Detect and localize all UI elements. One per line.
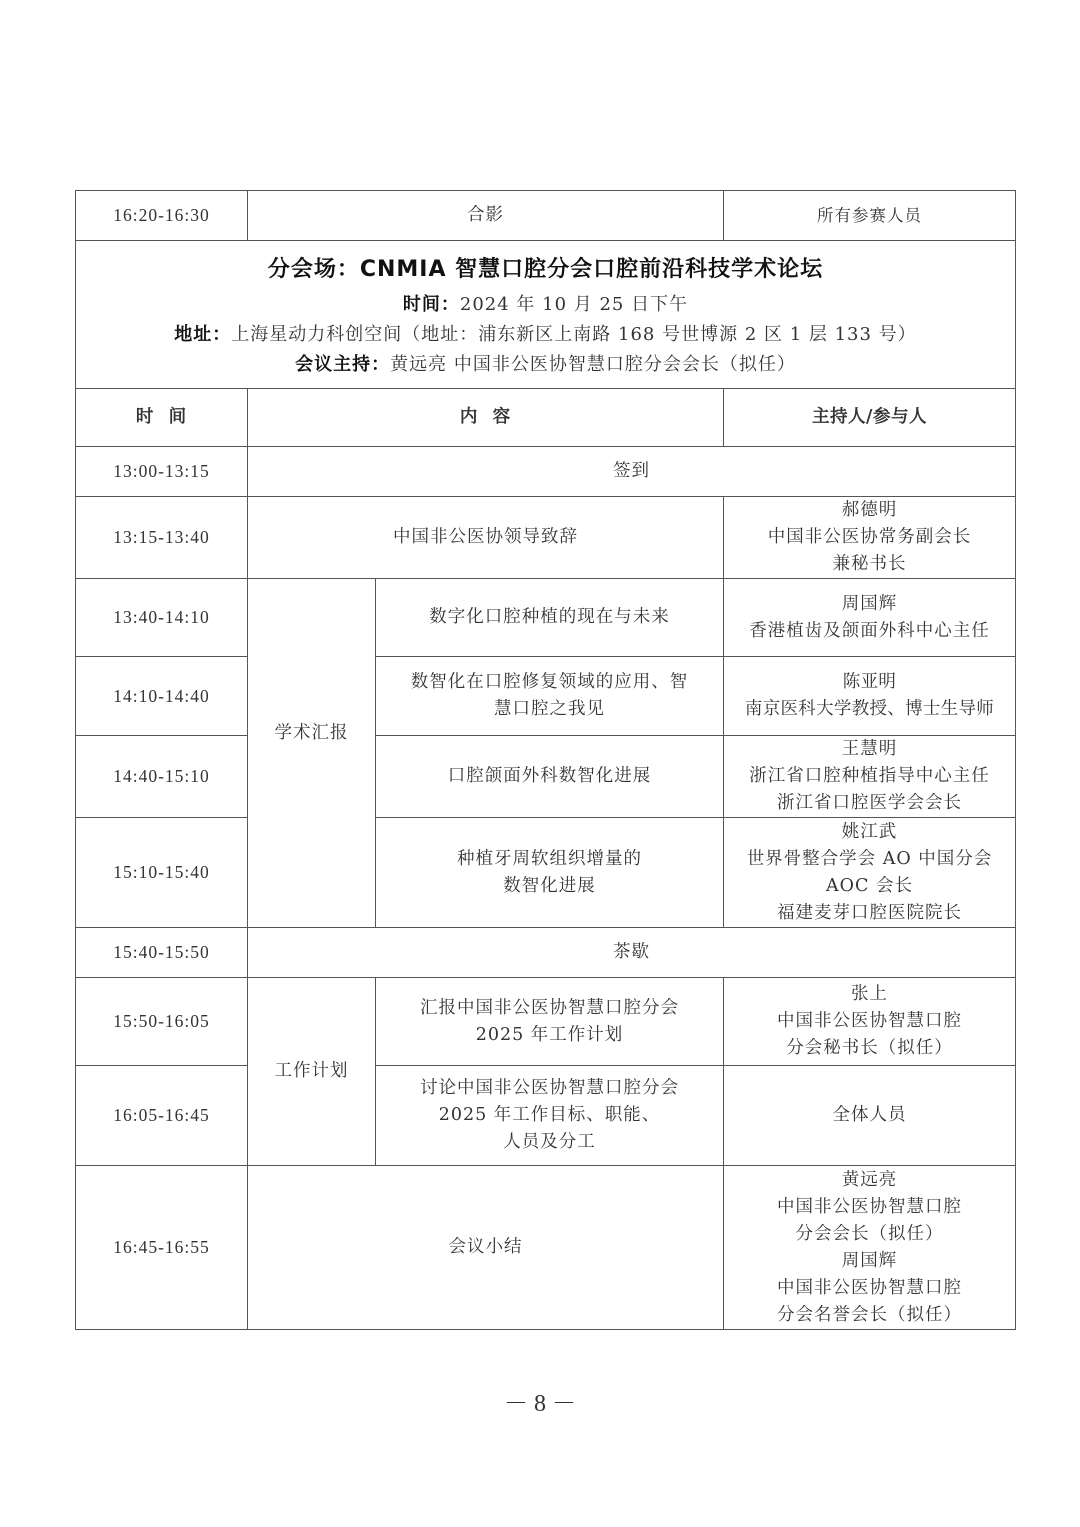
table-row: 15:50-16:05 工作计划 汇报中国非公医协智慧口腔分会 2025 年工作…	[76, 978, 1016, 1066]
table-row: 13:15-13:40 中国非公医协领导致辞 郝德明 中国非公医协常务副会长 兼…	[76, 497, 1016, 579]
host-line: 南京医科大学教授、博士生导师	[725, 696, 1014, 723]
content-cell: 签到	[248, 447, 1016, 497]
header-time: 时 间	[76, 389, 248, 447]
host-line: 分会会长（拟任）	[728, 1221, 1011, 1248]
content-cell: 中国非公医协领导致辞	[248, 497, 724, 579]
section-host: 会议主持：黄远亮 中国非公医协智慧口腔分会会长（拟任）	[80, 350, 1011, 380]
table-row: 13:40-14:10 学术汇报 数字化口腔种植的现在与未来 周国辉 香港植齿及…	[76, 579, 1016, 657]
time-cell: 15:10-15:40	[76, 818, 248, 928]
host-line: 全体人员	[728, 1102, 1011, 1129]
section-title: 分会场：CNMIA 智慧口腔分会口腔前沿科技学术论坛	[80, 250, 1011, 290]
time-value: 2024 年 10 月 25 日下午	[460, 294, 688, 315]
host-line: 兼秘书长	[728, 551, 1011, 578]
host-cell: 郝德明 中国非公医协常务副会长 兼秘书长	[724, 497, 1016, 579]
time-cell: 13:00-13:15	[76, 447, 248, 497]
content-line: 数智化进展	[380, 873, 719, 900]
table-row: 14:40-15:10 口腔颌面外科数智化进展 王慧明 浙江省口腔种植指导中心主…	[76, 736, 1016, 818]
section-address: 地址：上海星动力科创空间（地址：浦东新区上南路 168 号世博源 2 区 1 层…	[80, 320, 1011, 350]
time-cell: 16:05-16:45	[76, 1066, 248, 1166]
host-line: 姚江武	[728, 819, 1011, 846]
address-value: 上海星动力科创空间（地址：浦东新区上南路 168 号世博源 2 区 1 层 13…	[231, 324, 916, 345]
host-line: 张上	[728, 981, 1011, 1008]
host-cell: 黄远亮 中国非公医协智慧口腔 分会会长（拟任） 周国辉 中国非公医协智慧口腔 分…	[724, 1166, 1016, 1330]
host-line: 郝德明	[728, 497, 1011, 524]
host-cell: 所有参赛人员	[724, 191, 1016, 241]
content-cell: 种植牙周软组织增量的 数智化进展	[376, 818, 724, 928]
content-cell: 讨论中国非公医协智慧口腔分会 2025 年工作目标、职能、 人员及分工	[376, 1066, 724, 1166]
host-line: AOC 会长	[728, 873, 1011, 900]
host-line: 周国辉	[728, 1248, 1011, 1275]
content-cell: 数智化在口腔修复领域的应用、智 慧口腔之我见	[376, 657, 724, 736]
host-line: 福建麦芽口腔医院院长	[728, 900, 1011, 927]
host-line: 中国非公医协智慧口腔	[728, 1275, 1011, 1302]
content-cell: 数字化口腔种植的现在与未来	[376, 579, 724, 657]
content-line: 种植牙周软组织增量的	[380, 846, 719, 873]
host-cell: 陈亚明 南京医科大学教授、博士生导师	[724, 657, 1016, 736]
time-cell: 14:40-15:10	[76, 736, 248, 818]
host-cell: 姚江武 世界骨整合学会 AO 中国分会 AOC 会长 福建麦芽口腔医院院长	[724, 818, 1016, 928]
content-line: 汇报中国非公医协智慧口腔分会	[380, 995, 719, 1022]
group-cell-academic: 学术汇报	[248, 579, 376, 928]
section-time: 时间：2024 年 10 月 25 日下午	[80, 290, 1011, 320]
host-line: 黄远亮	[728, 1167, 1011, 1194]
host-cell: 王慧明 浙江省口腔种植指导中心主任 浙江省口腔医学会会长	[724, 736, 1016, 818]
time-cell: 16:45-16:55	[76, 1166, 248, 1330]
content-cell: 合影	[248, 191, 724, 241]
content-cell: 茶歇	[248, 928, 1016, 978]
table-row: 14:10-14:40 数智化在口腔修复领域的应用、智 慧口腔之我见 陈亚明 南…	[76, 657, 1016, 736]
schedule-table: 16:20-16:30 合影 所有参赛人员 分会场：CNMIA 智慧口腔分会口腔…	[75, 190, 1016, 1330]
host-line: 中国非公医协常务副会长	[728, 524, 1011, 551]
time-cell: 14:10-14:40	[76, 657, 248, 736]
header-content: 内 容	[248, 389, 724, 447]
time-cell: 15:50-16:05	[76, 978, 248, 1066]
table-row: 16:20-16:30 合影 所有参赛人员	[76, 191, 1016, 241]
page-number: － 8 －	[0, 1383, 1080, 1418]
host-line: 王慧明	[728, 736, 1011, 763]
table-row: 16:45-16:55 会议小结 黄远亮 中国非公医协智慧口腔 分会会长（拟任）…	[76, 1166, 1016, 1330]
content-line: 慧口腔之我见	[380, 696, 719, 723]
host-line: 分会秘书长（拟任）	[728, 1035, 1011, 1062]
content-cell: 口腔颌面外科数智化进展	[376, 736, 724, 818]
host-line: 浙江省口腔医学会会长	[728, 790, 1011, 817]
host-cell: 周国辉 香港植齿及颌面外科中心主任	[724, 579, 1016, 657]
content-line: 人员及分工	[380, 1129, 719, 1156]
content-line: 口腔颌面外科数智化进展	[380, 763, 719, 790]
content-line: 2025 年工作目标、职能、	[380, 1102, 719, 1129]
section-header: 分会场：CNMIA 智慧口腔分会口腔前沿科技学术论坛 时间：2024 年 10 …	[76, 241, 1016, 389]
table-row: 13:00-13:15 签到	[76, 447, 1016, 497]
time-cell: 15:40-15:50	[76, 928, 248, 978]
document-page: 16:20-16:30 合影 所有参赛人员 分会场：CNMIA 智慧口腔分会口腔…	[0, 0, 1080, 1527]
host-line: 中国非公医协智慧口腔	[728, 1008, 1011, 1035]
host-value: 黄远亮 中国非公医协智慧口腔分会会长（拟任）	[390, 354, 796, 375]
table-row: 15:10-15:40 种植牙周软组织增量的 数智化进展 姚江武 世界骨整合学会…	[76, 818, 1016, 928]
content-cell: 汇报中国非公医协智慧口腔分会 2025 年工作计划	[376, 978, 724, 1066]
table-row: 15:40-15:50 茶歇	[76, 928, 1016, 978]
content-line: 数字化口腔种植的现在与未来	[380, 604, 719, 631]
host-line: 香港植齿及颌面外科中心主任	[728, 618, 1011, 645]
time-cell: 13:40-14:10	[76, 579, 248, 657]
time-label: 时间：	[403, 294, 460, 315]
host-label: 会议主持：	[295, 354, 390, 375]
section-header-row: 分会场：CNMIA 智慧口腔分会口腔前沿科技学术论坛 时间：2024 年 10 …	[76, 241, 1016, 389]
address-label: 地址：	[174, 324, 231, 345]
host-line: 世界骨整合学会 AO 中国分会	[728, 846, 1011, 873]
time-cell: 13:15-13:40	[76, 497, 248, 579]
host-line: 周国辉	[728, 591, 1011, 618]
content-line: 2025 年工作计划	[380, 1022, 719, 1049]
host-cell: 全体人员	[724, 1066, 1016, 1166]
host-line: 陈亚明	[725, 669, 1014, 696]
content-line: 数智化在口腔修复领域的应用、智	[380, 669, 719, 696]
host-line: 浙江省口腔种植指导中心主任	[728, 763, 1011, 790]
header-row: 时 间 内 容 主持人/参与人	[76, 389, 1016, 447]
content-cell: 会议小结	[248, 1166, 724, 1330]
time-cell: 16:20-16:30	[76, 191, 248, 241]
header-host: 主持人/参与人	[724, 389, 1016, 447]
content-line: 讨论中国非公医协智慧口腔分会	[380, 1075, 719, 1102]
host-cell: 张上 中国非公医协智慧口腔 分会秘书长（拟任）	[724, 978, 1016, 1066]
group-cell-work-plan: 工作计划	[248, 978, 376, 1166]
host-line: 中国非公医协智慧口腔	[728, 1194, 1011, 1221]
table-row: 16:05-16:45 讨论中国非公医协智慧口腔分会 2025 年工作目标、职能…	[76, 1066, 1016, 1166]
host-line: 分会名誉会长（拟任）	[728, 1302, 1011, 1329]
